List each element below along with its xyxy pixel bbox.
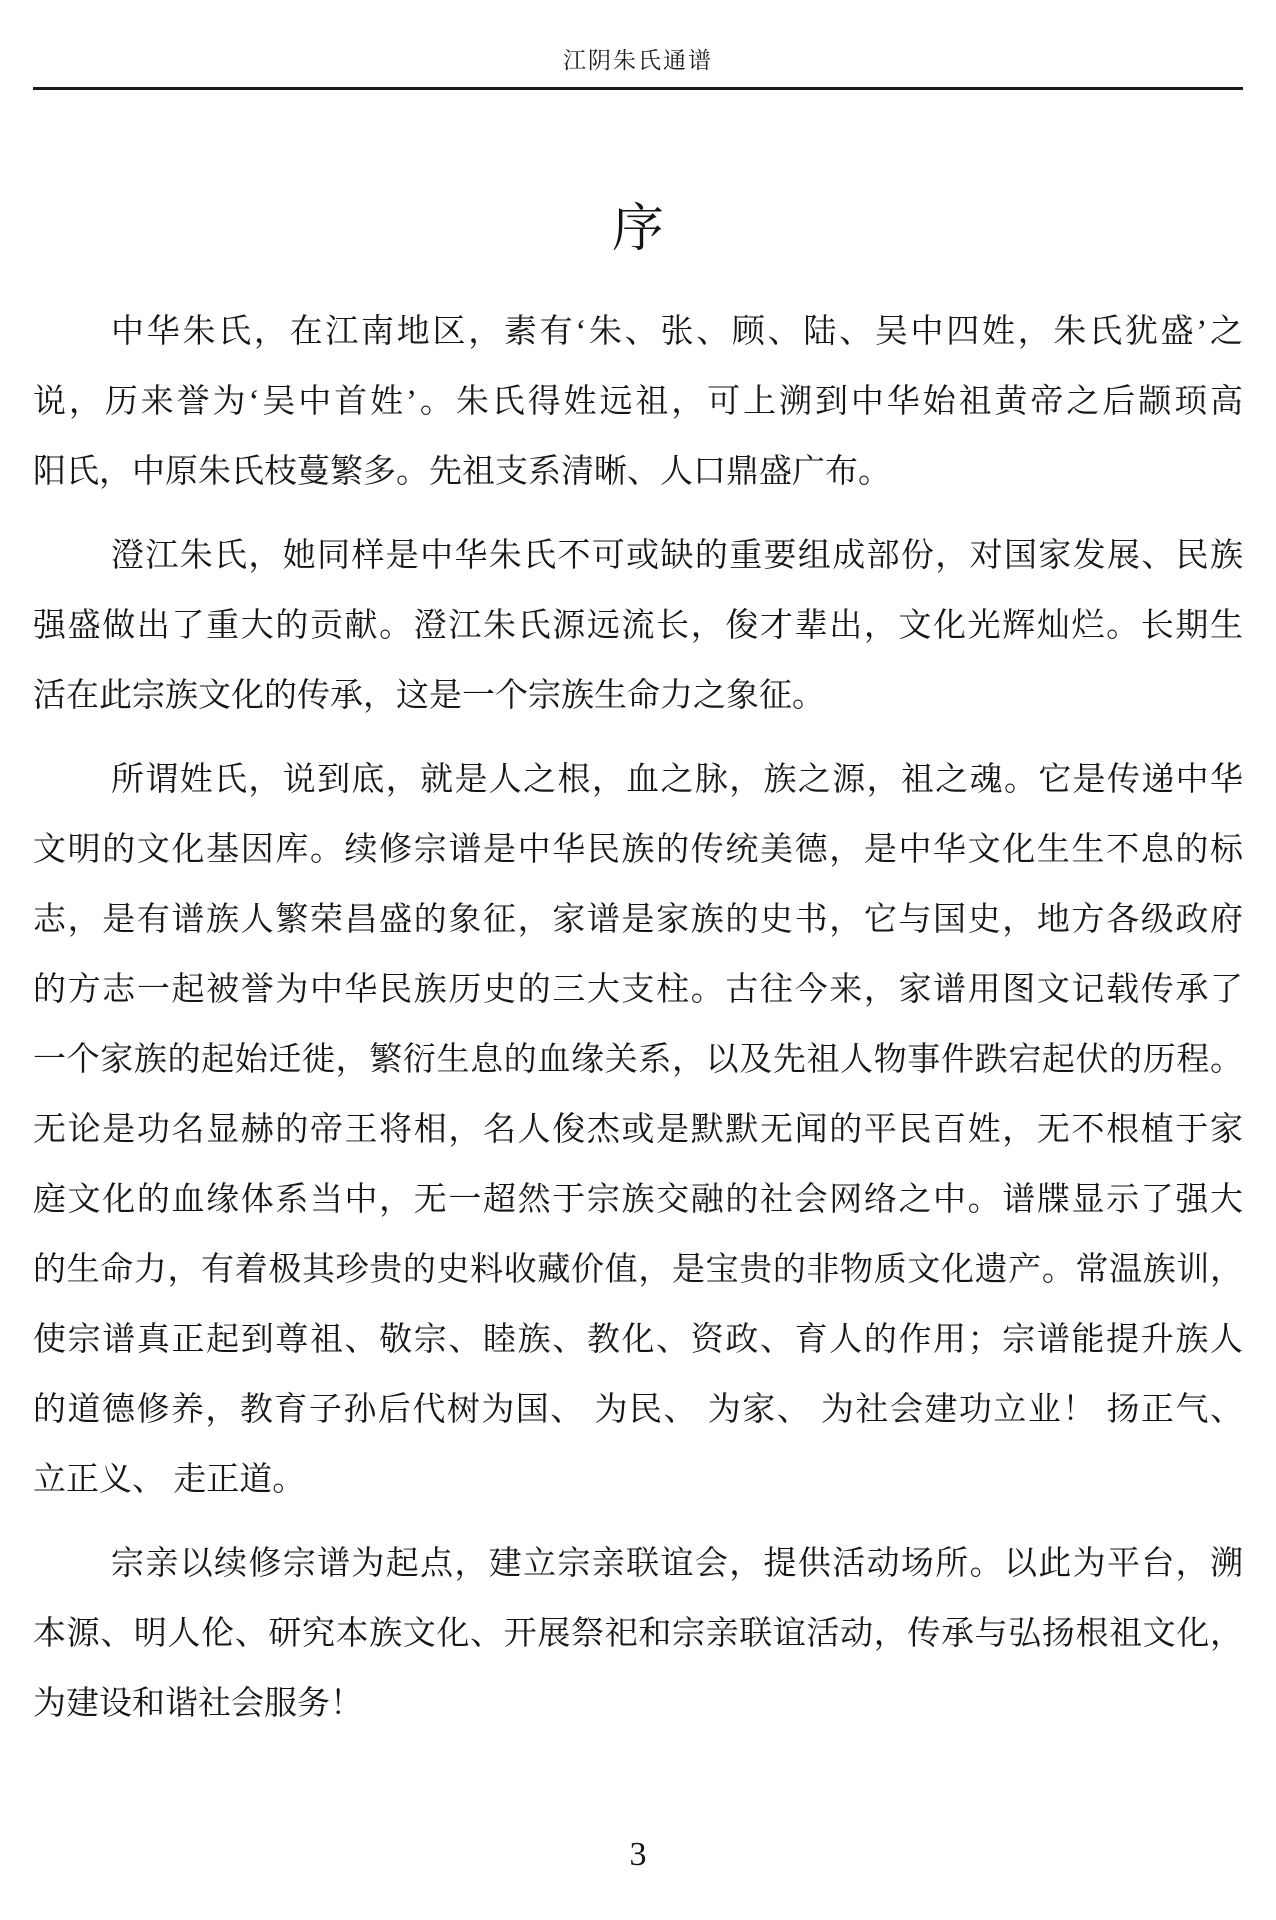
text-line: 所谓姓氏，说到底，就是人之根，血之脉，族之源，祖之魂。它是传递中华 <box>33 745 1243 815</box>
paragraph: 所谓姓氏，说到底，就是人之根，血之脉，族之源，祖之魂。它是传递中华文明的文化基因… <box>33 745 1243 1515</box>
text-line: 志，是有谱族人繁荣昌盛的象征，家谱是家族的史书，它与国史，地方各级政府 <box>33 885 1243 955</box>
text-line: 阳氏，中原朱氏枝蔓繁多。先祖支系清晰、人口鼎盛广布。 <box>33 437 1243 507</box>
text-line: 庭文化的血缘体系当中，无一超然于宗族交融的社会网络之中。谱牒显示了强大 <box>33 1165 1243 1235</box>
text-line: 活在此宗族文化的传承，这是一个宗族生命力之象征。 <box>33 661 1243 731</box>
text-line: 使宗谱真正起到尊祖、敬宗、睦族、教化、资政、育人的作用；宗谱能提升族人 <box>33 1305 1243 1375</box>
paragraph: 澄江朱氏，她同样是中华朱氏不可或缺的重要组成部份，对国家发展、民族强盛做出了重大… <box>33 521 1243 731</box>
text-line: 一个家族的起始迁徙，繁衍生息的血缘关系，以及先祖人物事件跌宕起伏的历程。 <box>33 1025 1243 1095</box>
text-line: 的方志一起被誉为中华民族历史的三大支柱。古往今来，家谱用图文记载传承了 <box>33 955 1243 1025</box>
text-line: 的道德修养，教育子孙后代树为国、 为民、 为家、 为社会建功立业！ 扬正气、 <box>33 1375 1243 1445</box>
text-line: 为建设和谐社会服务！ <box>33 1669 1243 1739</box>
running-header: 江阴朱氏通谱 <box>33 0 1243 75</box>
text-line: 宗亲以续修宗谱为起点，建立宗亲联谊会，提供活动场所。以此为平台，溯 <box>33 1529 1243 1599</box>
text-line: 本源、明人伦、研究本族文化、开展祭祀和宗亲联谊活动，传承与弘扬根祖文化， <box>33 1599 1243 1669</box>
paragraph: 宗亲以续修宗谱为起点，建立宗亲联谊会，提供活动场所。以此为平台，溯本源、明人伦、… <box>33 1529 1243 1739</box>
text-line: 说，历来誉为‘吴中首姓’。朱氏得姓远祖，可上溯到中华始祖黄帝之后颛顼高 <box>33 367 1243 437</box>
text-line: 文明的文化基因库。续修宗谱是中华民族的传统美德，是中华文化生生不息的标 <box>33 815 1243 885</box>
document-body: 中华朱氏，在江南地区，素有‘朱、张、顾、陆、吴中四姓，朱氏犹盛’之说，历来誉为‘… <box>33 297 1243 1739</box>
document-page: 江阴朱氏通谱 序 中华朱氏，在江南地区，素有‘朱、张、顾、陆、吴中四姓，朱氏犹盛… <box>0 0 1276 1920</box>
text-line: 无论是功名显赫的帝王将相，名人俊杰或是默默无闻的平民百姓，无不根植于家 <box>33 1095 1243 1165</box>
text-line: 的生命力，有着极其珍贵的史料收藏价值，是宝贵的非物质文化遗产。常温族训， <box>33 1235 1243 1305</box>
page-number: 3 <box>0 1836 1276 1874</box>
text-line: 强盛做出了重大的贡献。澄江朱氏源远流长，俊才辈出，文化光辉灿烂。长期生 <box>33 591 1243 661</box>
paragraph: 中华朱氏，在江南地区，素有‘朱、张、顾、陆、吴中四姓，朱氏犹盛’之说，历来誉为‘… <box>33 297 1243 507</box>
text-line: 立正义、 走正道。 <box>33 1445 1243 1515</box>
header-divider <box>33 87 1243 90</box>
text-line: 澄江朱氏，她同样是中华朱氏不可或缺的重要组成部份，对国家发展、民族 <box>33 521 1243 591</box>
text-line: 中华朱氏，在江南地区，素有‘朱、张、顾、陆、吴中四姓，朱氏犹盛’之 <box>33 297 1243 367</box>
page-title: 序 <box>33 186 1243 261</box>
